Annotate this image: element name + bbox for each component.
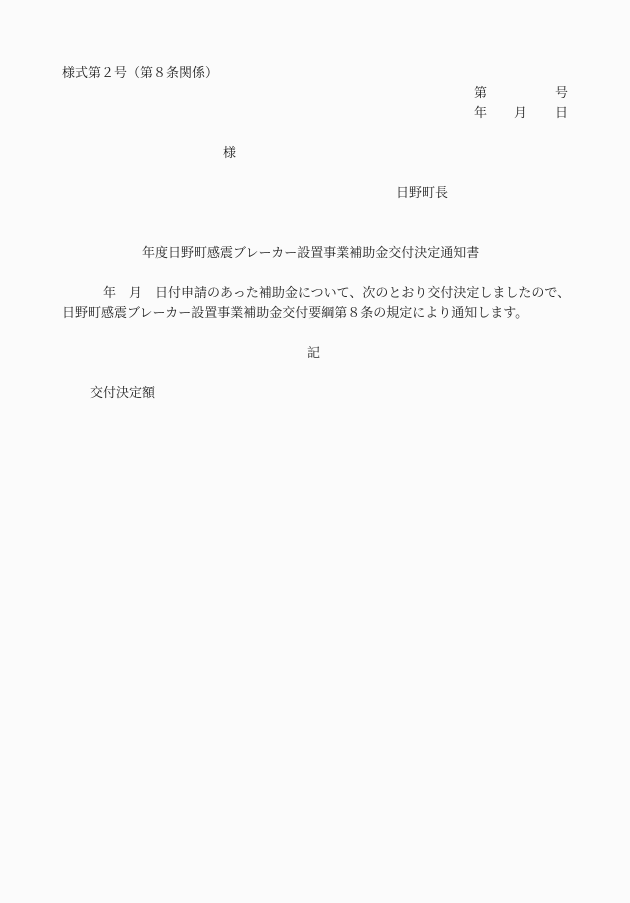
date-month: 月 — [514, 106, 527, 122]
document-page: 様式第２号（第８条関係） 第 号 年 月 日 様 日野町長 年度日野町感震ブレー… — [0, 0, 630, 903]
number-suffix: 号 — [555, 86, 568, 102]
document-title: 年度日野町感震ブレーカー設置事業補助金交付決定通知書 — [142, 246, 479, 262]
number-prefix: 第 — [474, 86, 487, 102]
form-label: 様式第２号（第８条関係） — [62, 66, 218, 82]
date-year: 年 — [474, 106, 487, 122]
addressee-suffix: 様 — [223, 146, 236, 162]
date-day: 日 — [555, 106, 568, 122]
body-line-2: 日野町感震ブレーカー設置事業補助金交付要綱第８条の規定により通知します。 — [62, 306, 528, 322]
body-line-1: 年 月 日付申請のあった補助金について、次のとおり交付決定しましたので、 — [103, 286, 570, 302]
sender-name: 日野町長 — [396, 186, 448, 202]
grant-amount-label: 交付決定額 — [90, 386, 155, 402]
ki-heading: 記 — [307, 346, 320, 362]
